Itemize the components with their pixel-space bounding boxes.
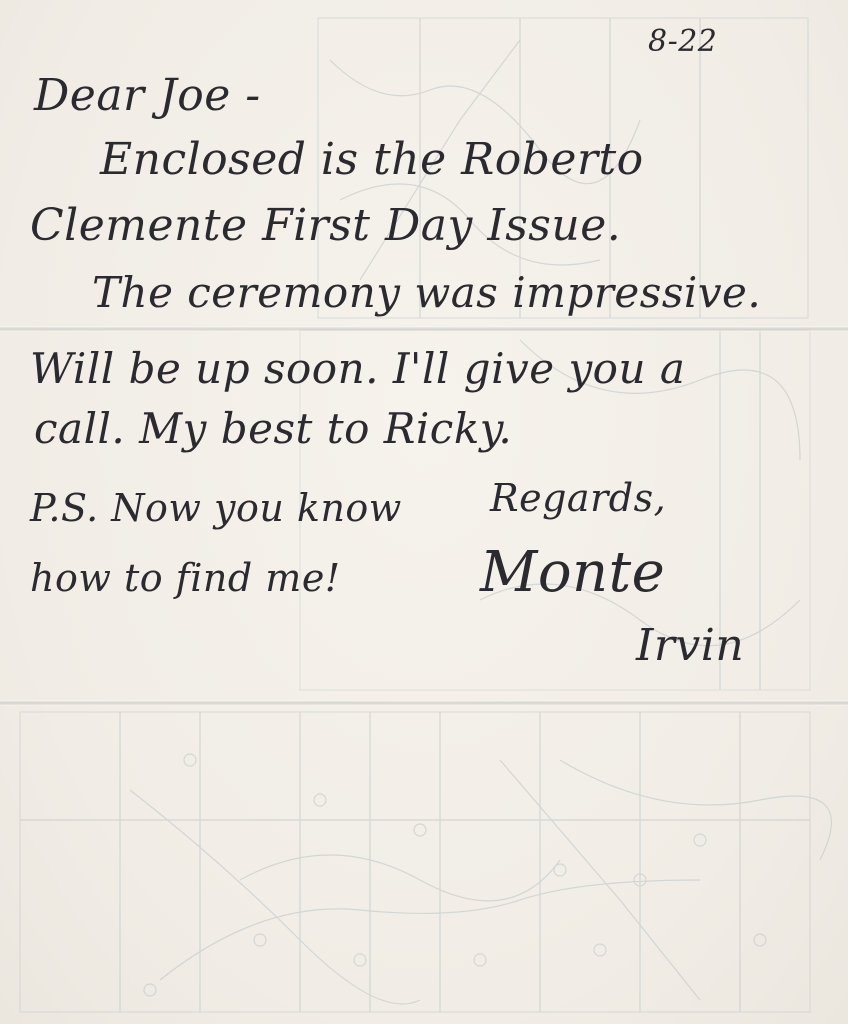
- body-line: Will be up soon. I'll give you a: [30, 344, 685, 393]
- letter-greeting: Dear Joe -: [34, 70, 261, 121]
- letter-page: 8-22 Dear Joe - Enclosed is the Roberto …: [0, 0, 848, 1024]
- body-line: Enclosed is the Roberto: [100, 134, 644, 185]
- signature-first-name: Monte: [480, 540, 665, 605]
- body-line: call. My best to Ricky.: [34, 404, 512, 453]
- fold-crease-lower: [0, 700, 848, 706]
- body-line: Clemente First Day Issue.: [30, 200, 621, 251]
- letter-date: 8-22: [648, 24, 717, 59]
- letter-closing: Regards,: [490, 476, 666, 520]
- body-line: The ceremony was impressive.: [92, 268, 761, 317]
- signature-last-name: Irvin: [636, 620, 744, 671]
- fold-crease-upper: [0, 326, 848, 332]
- postscript-line: P.S. Now you know: [30, 486, 402, 530]
- postscript-line: how to find me!: [30, 556, 341, 600]
